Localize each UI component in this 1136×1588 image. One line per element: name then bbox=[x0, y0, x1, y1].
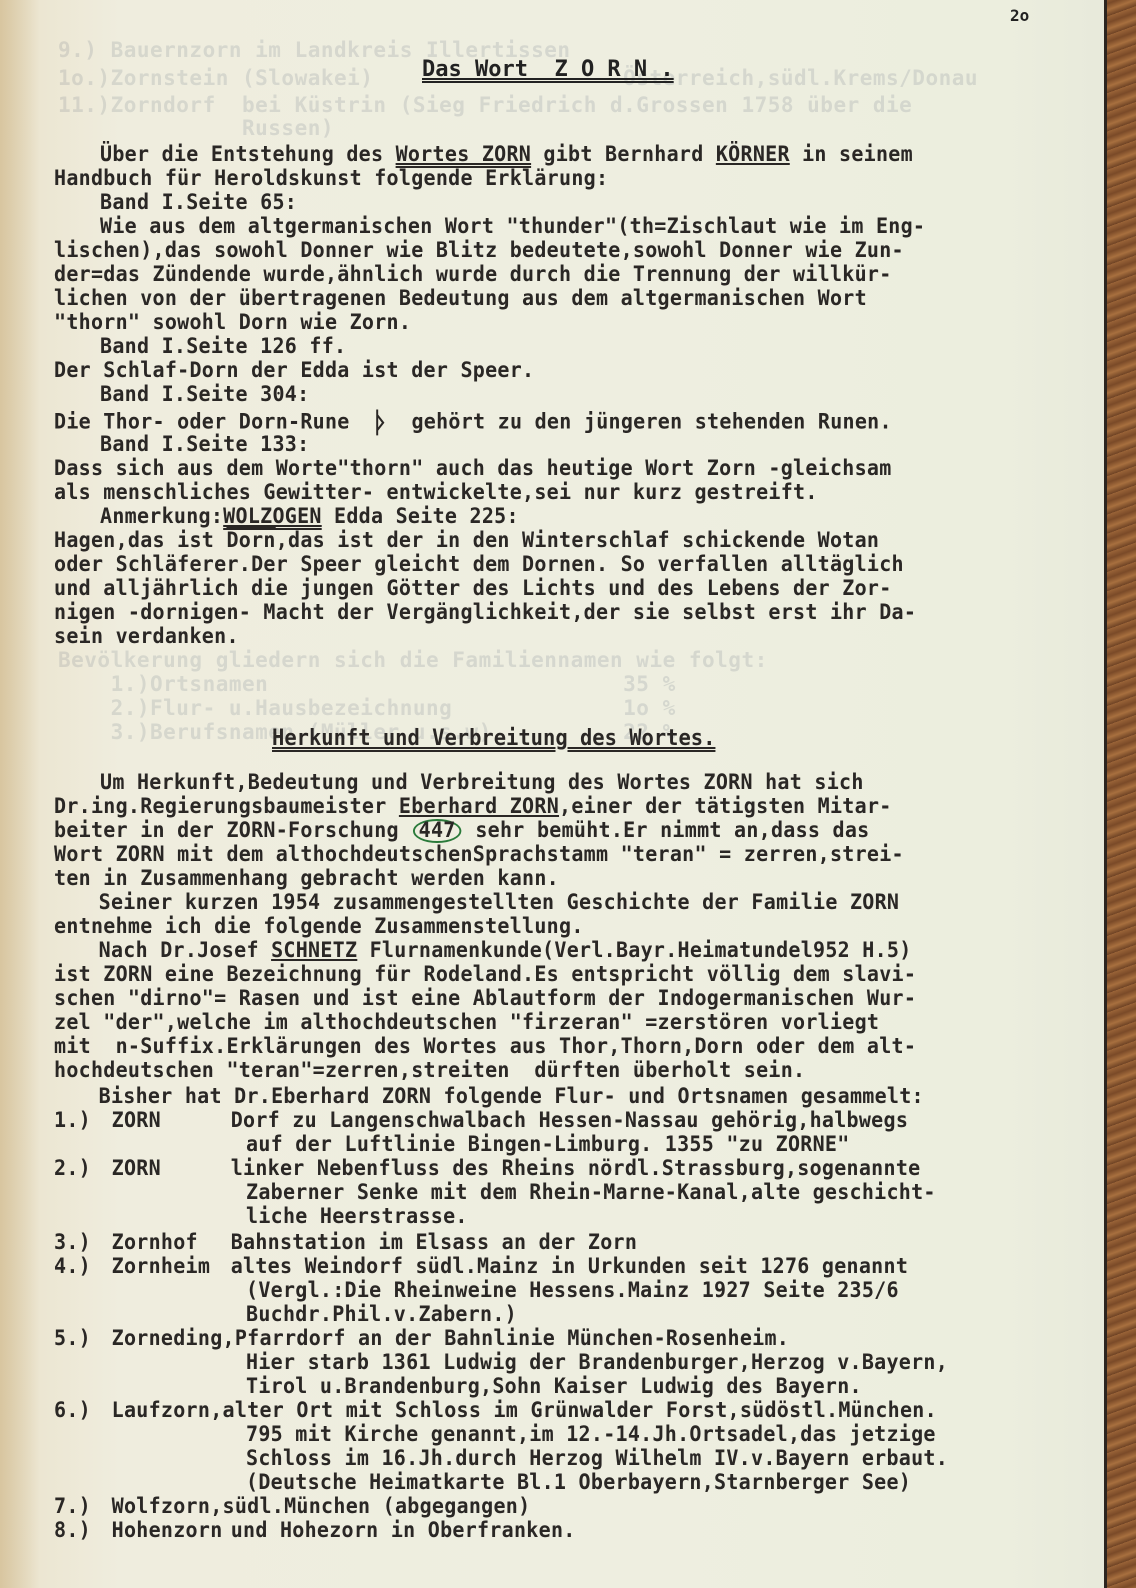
place-entry-line: 8.)Hohenzornund Hohezorn in Oberfranken. bbox=[54, 1518, 576, 1543]
place-entry-line: 6.)Laufzorn,alter Ort mit Schloss im Grü… bbox=[54, 1398, 937, 1423]
quote-line: "thorn" sowohl Dorn wie Zorn. bbox=[54, 310, 411, 335]
body-line: schen "dirno"= Rasen und ist eine Ablaut… bbox=[54, 986, 916, 1011]
place-description: altes Weindorf südl.Mainz in Urkunden se… bbox=[231, 1254, 908, 1279]
reference-heading: Band I.Seite 126 ff. bbox=[100, 334, 346, 359]
place-description: alter Ort mit Schloss im Grünwalder Fors… bbox=[223, 1398, 937, 1423]
place-name: Zornhof bbox=[112, 1230, 231, 1255]
place-number: 3.) bbox=[54, 1230, 112, 1255]
place-entry-line: Hier starb 1361 Ludwig der Brandenburger… bbox=[246, 1350, 948, 1375]
place-number: 4.) bbox=[54, 1254, 112, 1279]
show-through-line: Russen) bbox=[58, 116, 334, 140]
place-entry-line: 5.)Zorneding,Pfarrdorf an der Bahnlinie … bbox=[54, 1326, 789, 1351]
place-description: Pfarrdorf an der Bahnlinie München-Rosen… bbox=[235, 1326, 789, 1351]
place-name: Zorneding, bbox=[112, 1326, 235, 1351]
place-description: Dorf zu Langenschwalbach Hessen-Nassau g… bbox=[231, 1108, 908, 1133]
page-title: Das Wort Z O R N . bbox=[422, 57, 674, 82]
quote-line: der=das Zündende wurde,ähnlich wurde dur… bbox=[54, 262, 892, 287]
body-line: hochdeutschen "teran"=zerren,streiten dü… bbox=[54, 1058, 805, 1083]
place-entry-line: 795 mit Kirche genannt,im 12.-14.Jh.Orts… bbox=[246, 1422, 936, 1447]
body-line: Seiner kurzen 1954 zusammengestellten Ge… bbox=[74, 890, 899, 915]
place-entry-line: 1.)ZORNDorf zu Langenschwalbach Hessen-N… bbox=[54, 1108, 908, 1133]
thorn-rune-icon: ᚦ bbox=[362, 406, 399, 439]
place-number: 8.) bbox=[54, 1518, 112, 1543]
place-entry-line: (Vergl.:Die Rheinweine Hessens.Mainz 192… bbox=[246, 1278, 899, 1303]
reference-heading: Band I.Seite 133: bbox=[100, 432, 309, 457]
page-number: 2o bbox=[1010, 6, 1029, 25]
quote-line: lischen),das sowohl Donner wie Blitz bed… bbox=[54, 238, 904, 263]
place-number: 1.) bbox=[54, 1108, 112, 1133]
quote-line: Dass sich aus dem Worte"thorn" auch das … bbox=[54, 456, 892, 481]
place-description: und Hohezorn in Oberfranken. bbox=[231, 1518, 576, 1543]
note-heading: Anmerkung:WOLZOGEN Edda Seite 225: bbox=[100, 504, 519, 529]
quote-line: lichen von der übertragenen Bedeutung au… bbox=[54, 286, 867, 311]
place-entry-line: Tirol u.Brandenburg,Sohn Kaiser Ludwig d… bbox=[246, 1374, 862, 1399]
place-name: ZORN bbox=[112, 1156, 231, 1181]
place-name: Wolfzorn, bbox=[112, 1494, 223, 1519]
body-line: Um Herkunft,Bedeutung und Verbreitung de… bbox=[100, 770, 864, 795]
note-line: nigen -dornigen- Macht der Vergänglichke… bbox=[54, 600, 916, 625]
place-description: Bahnstation im Elsass an der Zorn bbox=[231, 1230, 637, 1255]
intro-line-1: Über die Entstehung des Wortes ZORN gibt… bbox=[100, 142, 913, 167]
body-line: entnehme ich die folgende Zusammenstellu… bbox=[54, 914, 584, 939]
body-line: Wort ZORN mit dem althochdeutschenSprach… bbox=[54, 842, 904, 867]
circled-reference-number: 447 bbox=[413, 819, 461, 843]
place-description: linker Nebenfluss des Rheins nördl.Stras… bbox=[231, 1156, 921, 1181]
show-through-line: Bevölkerung gliedern sich die Familienna… bbox=[58, 648, 768, 672]
note-line: Hagen,das ist Dorn,das ist der in den Wi… bbox=[54, 528, 879, 553]
typewritten-page: 9.) Bauernzorn im Landkreis Illertissen … bbox=[0, 0, 1107, 1588]
place-entry-line: 4.)Zornheimaltes Weindorf südl.Mainz in … bbox=[54, 1254, 908, 1279]
place-entry-line: auf der Luftlinie Bingen-Limburg. 1355 "… bbox=[246, 1132, 850, 1157]
place-number: 5.) bbox=[54, 1326, 112, 1351]
place-entry-line: Buchdr.Phil.v.Zabern.) bbox=[246, 1302, 517, 1327]
place-name: ZORN bbox=[112, 1108, 231, 1133]
body-line: zel "der",welche im althochdeutschen "fi… bbox=[54, 1010, 879, 1035]
place-number: 6.) bbox=[54, 1398, 112, 1423]
place-name: Hohenzorn bbox=[112, 1518, 231, 1543]
place-name: Zornheim bbox=[112, 1254, 231, 1279]
note-line: sein verdanken. bbox=[54, 624, 239, 649]
quote-line: Der Schlaf-Dorn der Edda ist der Speer. bbox=[54, 358, 534, 383]
place-entry-line: (Deutsche Heimatkarte Bl.1 Oberbayern,St… bbox=[246, 1470, 911, 1495]
reference-heading: Band I.Seite 65: bbox=[100, 190, 297, 215]
show-through-line: 11.)Zorndorf bei Küstrin (Sieg Friedrich… bbox=[58, 93, 912, 117]
page-curl-shadow bbox=[0, 0, 40, 1588]
show-through-line: 1.)Ortsnamen 35 % bbox=[58, 672, 676, 696]
place-entry-line: Schloss im 16.Jh.durch Herzog Wilhelm IV… bbox=[246, 1446, 948, 1471]
note-line: oder Schläferer.Der Speer gleicht dem Do… bbox=[54, 552, 904, 577]
place-number: 7.) bbox=[54, 1494, 112, 1519]
quote-line: als menschliches Gewitter- entwickelte,s… bbox=[54, 480, 818, 505]
body-line: ist ZORN eine Bezeichnung für Rodeland.E… bbox=[54, 962, 916, 987]
place-entry-line: 7.)Wolfzorn,südl.München (abgegangen) bbox=[54, 1494, 530, 1519]
show-through-line: 2.)Flur- u.Hausbezeichnung 1o % bbox=[58, 696, 676, 720]
place-entry-line: 3.)ZornhofBahnstation im Elsass an der Z… bbox=[54, 1230, 637, 1255]
body-line: mit n-Suffix.Erklärungen des Wortes aus … bbox=[54, 1034, 916, 1059]
note-line: und alljährlich die jungen Götter des Li… bbox=[54, 576, 892, 601]
reference-heading: Band I.Seite 304: bbox=[100, 382, 309, 407]
place-description: südl.München (abgegangen) bbox=[223, 1494, 531, 1519]
body-line: ten in Zusammenhang gebracht werden kann… bbox=[54, 866, 559, 891]
place-number: 2.) bbox=[54, 1156, 112, 1181]
place-name: Laufzorn, bbox=[112, 1398, 223, 1423]
section-title: Herkunft und Verbreitung des Wortes. bbox=[272, 726, 715, 751]
body-line: Dr.ing.Regierungsbaumeister Eberhard ZOR… bbox=[54, 794, 892, 819]
body-line: Bisher hat Dr.Eberhard ZORN folgende Flu… bbox=[74, 1084, 924, 1109]
body-line: beiter in der ZORN-Forschung 447 sehr be… bbox=[54, 818, 870, 843]
place-entry-line: 2.)ZORNlinker Nebenfluss des Rheins nörd… bbox=[54, 1156, 920, 1181]
place-entry-line: Zaberner Senke mit dem Rhein-Marne-Kanal… bbox=[246, 1180, 936, 1205]
quote-line: Wie aus dem altgermanischen Wort "thunde… bbox=[100, 214, 925, 239]
place-entry-line: liche Heerstrasse. bbox=[246, 1204, 468, 1229]
intro-line-2: Handbuch für Heroldskunst folgende Erklä… bbox=[54, 166, 608, 191]
body-line: Nach Dr.Josef SCHNETZ Flurnamenkunde(Ver… bbox=[74, 938, 912, 963]
